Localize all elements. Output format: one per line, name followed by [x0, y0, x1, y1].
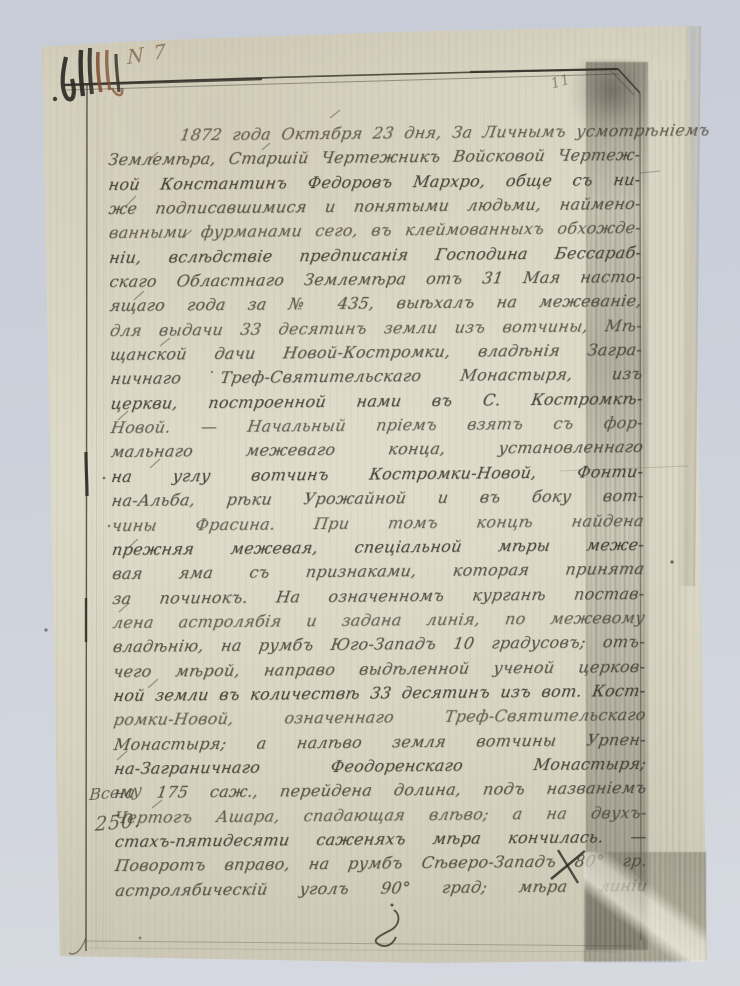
toner-smudge-outer: [648, 80, 686, 940]
margin-note: Всему 250.: [86, 778, 169, 836]
photographed-manuscript-scene: N 7 11 1872 года Октября 23 дня, За Личн…: [0, 0, 740, 986]
folded-corner-shading: [584, 852, 706, 962]
toner-blotch-top-right: [570, 60, 646, 138]
toner-smudge-band: [586, 62, 648, 950]
text-line: астролябическій уголъ 90° град; мѣра лин…: [114, 873, 650, 902]
body-text: 1872 года Октября 23 дня, За Личнымъ усм…: [108, 119, 647, 903]
